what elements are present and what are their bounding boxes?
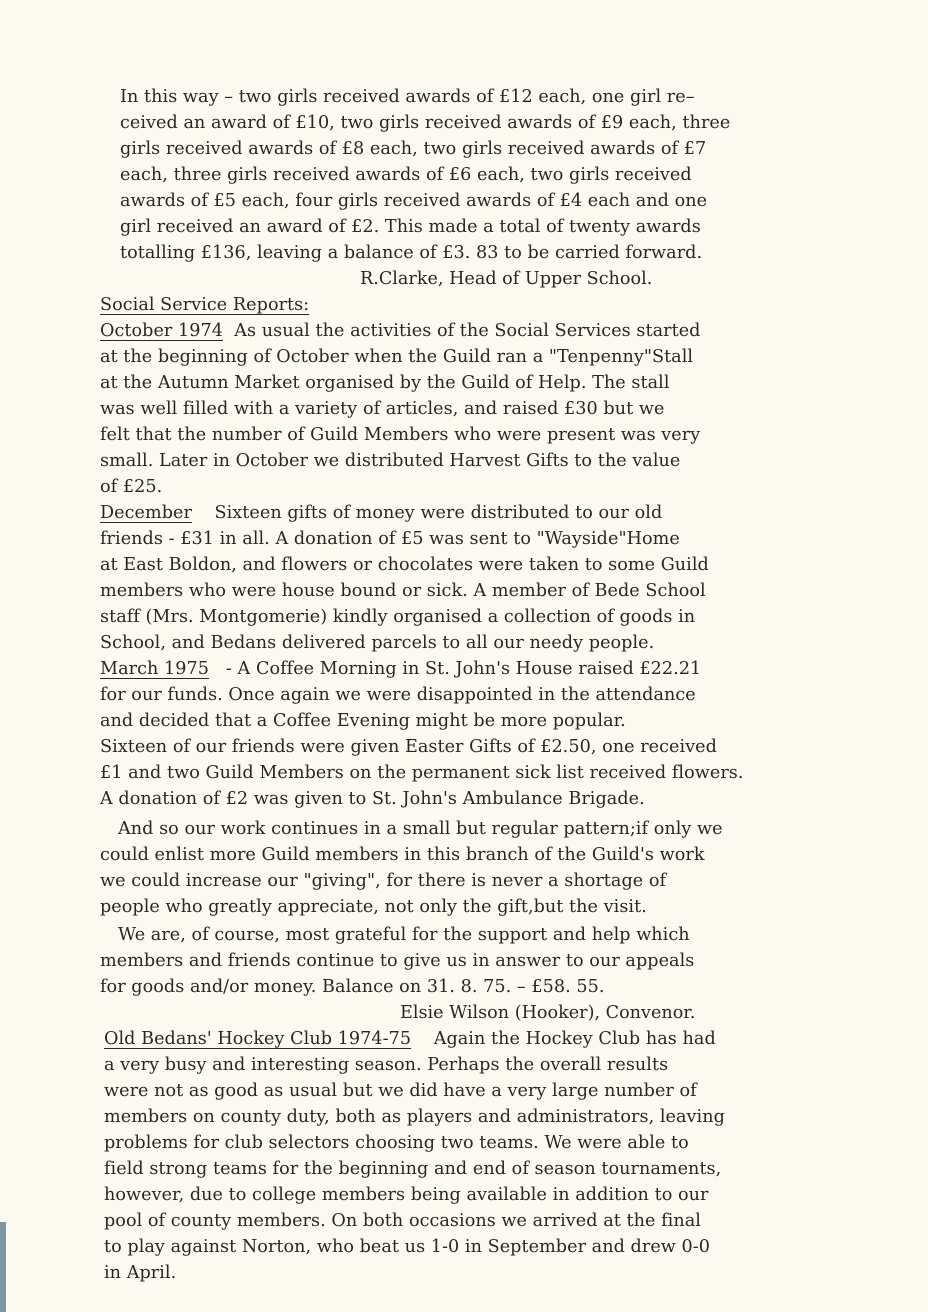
text-line: at the Autumn Market organised by the Gu… (100, 370, 820, 396)
text-line: small. Later in October we distributed H… (100, 448, 820, 474)
text-line: awards of £5 each, four girls received a… (120, 188, 820, 214)
text-line: to play against Norton, who beat us 1-0 … (100, 1234, 820, 1260)
text-line: girl received an award of £2. This made … (120, 214, 820, 240)
text-line: School, and Bedans delivered parcels to … (100, 630, 820, 656)
text-line: members who were house bound or sick. A … (100, 578, 820, 604)
october-label: October 1974 (100, 321, 223, 341)
text-line: In this way – two girls received awards … (120, 84, 820, 110)
text-line: for our funds. Once again we were disapp… (100, 682, 820, 708)
text-line: Sixteen gifts of money were distributed … (215, 503, 663, 523)
work-paragraph: And so our work continues in a small but… (100, 816, 820, 920)
text-line: field strong teams for the beginning and… (100, 1156, 820, 1182)
grateful-paragraph: We are, of course, most grateful for the… (100, 922, 820, 1000)
awards-signature: R.Clarke, Head of Upper School. (100, 266, 820, 292)
text-line: each, three girls received awards of £6 … (120, 162, 820, 188)
text-line: friends - £31 in all. A donation of £5 w… (100, 526, 820, 552)
text-line: £1 and two Guild Members on the permanen… (100, 760, 820, 786)
text-line: totalling £136, leaving a balance of £3.… (120, 240, 820, 266)
text-line: And so our work continues in a small but… (100, 816, 820, 842)
text-line: at East Boldon, and flowers or chocolate… (100, 552, 820, 578)
social-signature: Elsie Wilson (Hooker), Convenor. (100, 1000, 820, 1026)
hockey-report: Old Bedans' Hockey Club 1974-75 Again th… (100, 1026, 820, 1286)
page-edge-strip (0, 1222, 6, 1312)
awards-paragraph: In this way – two girls received awards … (100, 84, 820, 266)
text-line: girls received awards of £8 each, two gi… (120, 136, 820, 162)
page-content: In this way – two girls received awards … (100, 84, 820, 1286)
text-line: was well filled with a variety of articl… (100, 396, 820, 422)
text-line: pool of county members. On both occasion… (100, 1208, 820, 1234)
text-line: staff (Mrs. Montgomerie) kindly organise… (100, 604, 820, 630)
text-line: a very busy and interesting season. Perh… (100, 1052, 820, 1078)
scanned-page: In this way – two girls received awards … (0, 0, 928, 1312)
text-line: ceived an award of £10, two girls receiv… (120, 110, 820, 136)
text-line: could enlist more Guild members in this … (100, 842, 820, 868)
march-label: March 1975 (100, 659, 209, 679)
text-line: As usual the activities of the Social Se… (234, 321, 700, 341)
text-line: Sixteen of our friends were given Easter… (100, 734, 820, 760)
text-line: of £25. (100, 474, 820, 500)
march-report: March 1975 - A Coffee Morning in St. Joh… (100, 656, 820, 812)
text-line: we could increase our "giving", for ther… (100, 868, 820, 894)
text-line: people who greatly appreciate, not only … (100, 894, 820, 920)
october-report: October 1974 As usual the activities of … (100, 318, 820, 500)
text-line: members on county duty, both as players … (100, 1104, 820, 1130)
text-line: problems for club selectors choosing two… (100, 1130, 820, 1156)
december-report: December Sixteen gifts of money were dis… (100, 500, 820, 656)
text-line: for goods and/or money. Balance on 31. 8… (100, 974, 820, 1000)
text-line: and decided that a Coffee Evening might … (100, 708, 820, 734)
december-label: December (100, 503, 192, 523)
text-line: - A Coffee Morning in St. John's House r… (226, 659, 701, 679)
text-line: Again the Hockey Club has had (434, 1029, 716, 1049)
hockey-label: Old Bedans' Hockey Club 1974-75 (104, 1029, 411, 1049)
section-heading: Social Service Reports: (100, 295, 309, 315)
text-line: A donation of £2 was given to St. John's… (100, 786, 820, 812)
text-line: We are, of course, most grateful for the… (100, 922, 820, 948)
text-line: felt that the number of Guild Members wh… (100, 422, 820, 448)
text-line: were not as good as usual but we did hav… (100, 1078, 820, 1104)
text-line: at the beginning of October when the Gui… (100, 344, 820, 370)
social-service-heading: Social Service Reports: (100, 292, 820, 318)
text-line: however, due to college members being av… (100, 1182, 820, 1208)
text-line: in April. (100, 1260, 820, 1286)
text-line: members and friends continue to give us … (100, 948, 820, 974)
